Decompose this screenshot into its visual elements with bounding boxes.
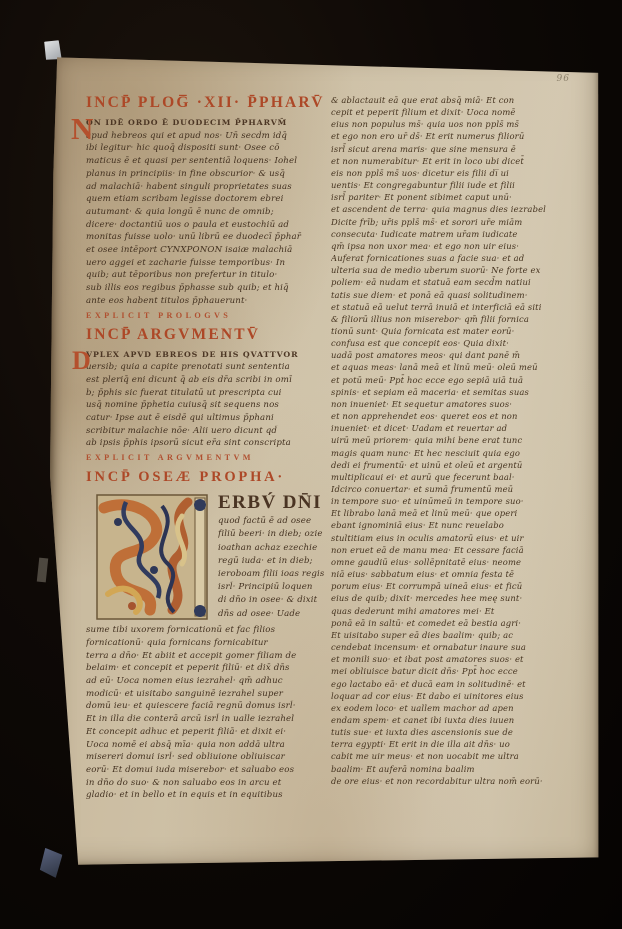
text-line: porum eius· Et corrumpā uineā eius· et f… — [331, 580, 577, 592]
text-line: endam spem· et canet ibi iuxta dies iuue… — [331, 714, 577, 726]
text-line: cepit et peperit filium et dixit· Uoca n… — [331, 106, 577, 118]
right-column-lines: & ablactauit eā que erat absq̄ miā· Et c… — [331, 94, 577, 787]
prologue-lines: apud hebreos qui et apud nos· Un̄ secd̄m… — [86, 130, 329, 308]
hosea-full-lines: sume tibi uxorem fornicationū et fac fil… — [86, 624, 329, 802]
text-line: ieroboam filii ioas regis — [218, 568, 329, 581]
text-line: est pleriq̄ eni dicunt q̄ ab eis dr̄a sc… — [86, 374, 329, 387]
text-line: cendebat incensum· et ornabatur inaure s… — [331, 641, 577, 653]
text-line: ad eū· Uoca nomen eius iezrahel· qm̄ adh… — [86, 675, 329, 688]
text-line: dedi ei frumentū· et uinū et oleū et arg… — [331, 459, 577, 471]
text-line: apud hebreos qui et apud nos· Un̄ secd̄m… — [86, 130, 329, 143]
text-line: Uoca nomē ei absq̄ mīa· quia non addā ul… — [86, 739, 329, 752]
text-line: uero aggei et zacharie fuisse temporibus… — [86, 257, 329, 270]
text-line: omne gaudiū eius· sollēpnitatē eius· neo… — [331, 556, 577, 568]
text-line: di dn̄o in osee· & dixit — [218, 594, 329, 607]
text-line: terra a dn̄o· Et abiit et accepit gomer … — [86, 650, 329, 663]
text-line: stultitiam eius in oculis amatorū eius· … — [331, 532, 577, 544]
rubric-hosea-incipit: INCP̄ OSEÆ PROPHA· — [86, 466, 329, 488]
left-text-column: INCP̄ PLOG̅ ·XII· P̄PHARV̄ N ON IDĒ ORDO… — [86, 90, 329, 802]
text-line: tatis sue diem· et ponā eā quasi solitud… — [331, 289, 577, 301]
argument-paragraph: D VPLEX APVD EBREOS DE HIS QVATTVOR uers… — [86, 349, 329, 451]
text-line: in tempore suo· et uinūmeū in tempore su… — [331, 495, 577, 507]
text-line: quem etiam scribam legisse doctorem ebre… — [86, 193, 329, 206]
text-line: non eruet eā de manu mea· Et cessare fac… — [331, 544, 577, 556]
text-line: Dicite frīb; ur̄is ppls̄ ms̄· et sorori … — [331, 216, 577, 228]
text-line: et ascendent de terra· quia magnus dies … — [331, 203, 577, 215]
text-line: ab ipsis p̄phis ipsorū sicut er̄a sint c… — [86, 437, 329, 450]
prologue-opening-line: ON IDĒ ORDO Ē DUODECIM P̄PHARVM̄ — [86, 117, 329, 130]
text-line: spinis· et sepiam eā maceria· et semitas… — [331, 386, 577, 398]
text-line: de ore eius· et non recordabitur ultra n… — [331, 775, 577, 787]
text-line: planus in principiis· in fine obscurior·… — [86, 168, 329, 181]
text-line: monitas fuisse uolo· unū librū ee duodec… — [86, 231, 329, 244]
folio-number: 96 — [557, 74, 570, 84]
text-line: dicere· doctantiū uos o paula et eustoch… — [86, 219, 329, 232]
manuscript-page: 96 INCP̄ PLOG̅ ·XII· P̄PHARV̄ N ON IDĒ O… — [50, 50, 602, 868]
rubric-prologue-incipit: INCP̄ PLOG̅ ·XII· P̄PHARV̄ — [86, 92, 329, 114]
text-line: Idcirco conuertar· et sumā frumentū meū — [331, 483, 577, 495]
text-line: uadā post amatores meos· qui dant panē m… — [331, 349, 577, 361]
mount-clip-bottom-left — [39, 848, 63, 879]
text-line: et non apprehendet eos· queret eos et no… — [331, 410, 577, 422]
text-line: uentis· Et congregabuntur filii iude et … — [331, 179, 577, 191]
text-line: quod factū ē ad osee — [218, 515, 329, 528]
photo-backdrop: 96 INCP̄ PLOG̅ ·XII· P̄PHARV̄ N ON IDĒ O… — [0, 0, 622, 929]
text-line: eius de quib; dixit· mercedes hee meę su… — [331, 592, 577, 604]
rubric-argument-explicit: EXPLICIT ARGVMENTVM — [86, 451, 329, 464]
right-text-column: & ablactauit eā que erat absq̄ miā· Et c… — [331, 94, 577, 787]
text-line: regū iuda· et in dieb; — [218, 555, 329, 568]
text-line: domū ieu· et quiescere faciā regnū domus… — [86, 700, 329, 713]
text-line: eis non ppls̄ ms̄ uos· dicetur eis filii… — [331, 167, 577, 179]
text-line: usq̄ nomine p̄phetia cuiusq̄ sit sequens… — [86, 399, 329, 412]
text-line: uersib; quia a capite prenotati sunt sen… — [86, 361, 329, 374]
page-edge-sliver — [37, 558, 48, 583]
text-line: Et in illa die conterā arcū isrl̄ in ual… — [86, 713, 329, 726]
text-line: ebant ignominiā eius· Et nunc reuelabo — [331, 519, 577, 531]
text-line: cabit me uir meus· et non uocabit me ult… — [331, 750, 577, 762]
text-line: Et uisitabo super eā dies baalim· quib; … — [331, 629, 577, 641]
text-line: isrl̄· Principiū loquen — [218, 581, 329, 594]
text-line: tionū sunt· Quia fornicata est mater eor… — [331, 325, 577, 337]
text-line: gladio· et in bello et in equis et in eq… — [86, 789, 329, 802]
text-line: poliem· eā nudam et statuā eam secd̄m na… — [331, 276, 577, 288]
text-line: isrl̄ pariter· Et ponent sibimet caput u… — [331, 191, 577, 203]
text-line: misereri domui isrl̄· sed obliuione obli… — [86, 751, 329, 764]
text-line: et ego non ero ur̄ ds̄· Et erit numerus … — [331, 130, 577, 142]
argument-lines: uersib; quia a capite prenotati sunt sen… — [86, 361, 329, 450]
text-line: belaim· et concepit et peperit filiū· et… — [86, 662, 329, 675]
argument-opening-line: VPLEX APVD EBREOS DE HIS QVATTVOR — [86, 349, 329, 362]
drop-cap-d: D — [72, 348, 91, 374]
illuminated-initial-artwork — [96, 494, 208, 620]
text-line: et potū meū· Ppt̄ hoc ecce ego sepiā uiā… — [331, 374, 577, 386]
text-line: ponā eā in saltū· et comedet eā bestia a… — [331, 617, 577, 629]
text-line: autumant· & quia longū ē nunc de omnib; — [86, 206, 329, 219]
rubric-argument-incipit: INCP̄ ARGVMENTV̄ — [86, 324, 329, 346]
text-line: ante eos habent titulos p̄phauerunt· — [86, 295, 329, 308]
text-line: loquar ad cor eius· Et dabo ei uinitores… — [331, 690, 577, 702]
text-line: magis quam nunc· Et hec nesciuit quia eg… — [331, 447, 577, 459]
text-line: & filiorū illius non miserebor· qm̄ fili… — [331, 313, 577, 325]
text-line: et osee intēport CΥΝΧΡΟΝΟΝ isaiæ malachi… — [86, 244, 329, 257]
text-line: catur· Ipse aut ē eisdē qui ultimus p̄ph… — [86, 412, 329, 425]
text-line: terra egypti· Et erit in die illa ait dn… — [331, 738, 577, 750]
text-line: et statuā eā uelut terrā inuiā et interf… — [331, 301, 577, 313]
text-line: uirū meū priorem· quia mihi bene erat tu… — [331, 434, 577, 446]
text-line: consecuta· Iudicate matrem ur̄am iudicat… — [331, 228, 577, 240]
hosea-beside-initial: ERBV́ DN̄I quod factū ē ad oseefiliū bee… — [218, 491, 329, 621]
text-line: modicū· et uisitabo sanguinē iezrahel su… — [86, 688, 329, 701]
text-line: quas dederunt mihi amatores mei· Et — [331, 605, 577, 617]
text-line: qm̄ ipsa non uxor mea· et ego non uir ei… — [331, 240, 577, 252]
text-line: ad malachiā· habent singuli proprietates… — [86, 181, 329, 194]
text-line: quib; aut tēporibus non prefertur in tit… — [86, 269, 329, 282]
text-line: ibi legitur· hic quoq̄ dispositi sunt· O… — [86, 142, 329, 155]
hosea-display-word: ERBV́ DN̄I — [218, 491, 329, 515]
text-line: dn̄s ad osee· Uade — [218, 608, 329, 621]
text-line: fornicationū· quia fornicans fornicabitu… — [86, 637, 329, 650]
text-line: eorū· Et domui iuda miserebor· et saluab… — [86, 764, 329, 777]
text-line: ex eodem loco· et uallem machor ad apen — [331, 702, 577, 714]
text-line: sub illis eos regibus p̄phasse sub quib;… — [86, 282, 329, 295]
text-line: in dn̄o d̄o suo· & non saluabo eos in ar… — [86, 777, 329, 790]
text-line: scribitur malachie nōe· Alii uero dicunt… — [86, 425, 329, 438]
text-line: isrl̄ sicut arena maris· que sine mensur… — [331, 143, 577, 155]
illuminated-initial-v — [96, 494, 208, 620]
rubric-prologue-explicit: EXPLICIT PROLOGVS — [86, 309, 329, 322]
hosea-beside-lines: quod factū ē ad oseefiliū beeri· in dieb… — [218, 515, 329, 621]
prologue-paragraph: N ON IDĒ ORDO Ē DUODECIM P̄PHARVM̄ apud … — [86, 117, 329, 308]
text-line: Et concepit adhuc et peperit filiā· et d… — [86, 726, 329, 739]
drop-cap-n: N — [71, 114, 93, 144]
text-line: tutis sue· et iuxta dies ascensionis sue… — [331, 726, 577, 738]
text-line: maticus ē et quasi per sententiā loquens… — [86, 155, 329, 168]
hosea-opening-block: ERBV́ DN̄I quod factū ē ad oseefiliū bee… — [86, 491, 329, 624]
text-line: multiplicaui ei· et aurū que fecerunt ba… — [331, 471, 577, 483]
text-line: Auferat fornicationes suas a facie sua· … — [331, 252, 577, 264]
text-line: eius non populus ms̄· quia uos non ppls̄… — [331, 118, 577, 130]
text-line: baalim· Et auferā nomina baalim — [331, 763, 577, 775]
text-line: non inueniet· Et sequetur amatores suos· — [331, 398, 577, 410]
text-line: et aquas meas· lanā meā et linū meū· ole… — [331, 361, 577, 373]
text-line: confusa est que concepit eos· Quia dixit… — [331, 337, 577, 349]
text-line: inueniet· et dicet· Uadam et reuertar ad — [331, 422, 577, 434]
text-line: et monili suo· et ibat post amatores suo… — [331, 653, 577, 665]
text-line: ego lactabo eā· et ducā eam in solitudin… — [331, 678, 577, 690]
text-line: sume tibi uxorem fornicationū et fac fil… — [86, 624, 329, 637]
text-line: niā eius· sabbatum eius· et omnia festa … — [331, 568, 577, 580]
text-line: & ablactauit eā que erat absq̄ miā· Et c… — [331, 94, 577, 106]
text-line: Et librabo lanā meā et linū meū· que ope… — [331, 507, 577, 519]
text-line: b; p̄phis sic fuerat titulatū ut prescri… — [86, 387, 329, 400]
text-line: ioathan achaz ezechie — [218, 542, 329, 555]
text-line: ulteria sua de medio uberum suorū· Ne fo… — [331, 264, 577, 276]
text-line: et non numerabitur· Et erit in loco ubi … — [331, 155, 577, 167]
text-line: mei obliuisce batur dicit dn̄s· Ppt̄ hoc… — [331, 665, 577, 677]
text-line: filiū beeri· in dieb; ozie — [218, 528, 329, 541]
